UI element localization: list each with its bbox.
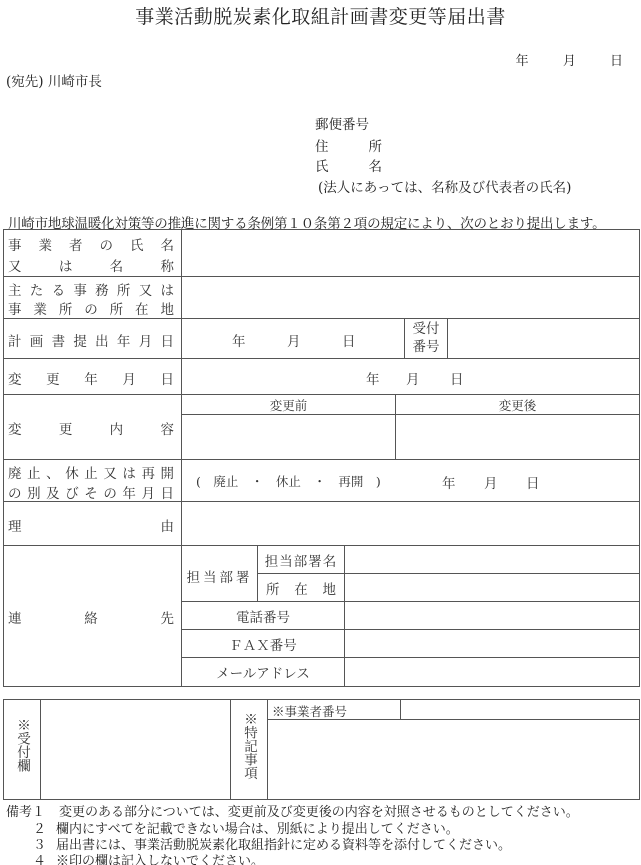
before-change-field[interactable] (183, 416, 394, 458)
dept-name-label: 担当部署名 (258, 550, 344, 570)
corporate-note: (法人にあっては、名称及び代表者の氏名) (318, 176, 571, 196)
address-label: 住所 (315, 135, 382, 155)
location-field[interactable] (346, 575, 638, 600)
change-date-month: 月 (406, 368, 420, 388)
email-field[interactable] (346, 659, 638, 685)
after-change-header: 変更後 (396, 396, 639, 414)
note-4: ４※印の欄は記入しないでください。 (33, 850, 264, 865)
change-date-label: 変更年月日 (8, 368, 174, 388)
address-label-part: 所 (369, 139, 383, 155)
business-number-label: ※事業者番号 (272, 702, 347, 720)
remarks-label: ※特記事項 (239, 712, 259, 780)
date-month: 月 (563, 50, 576, 69)
office-address-field[interactable] (183, 278, 638, 317)
business-name-label: 事業者の氏名 (8, 234, 174, 254)
plan-date-day: 日 (342, 330, 356, 350)
plan-date-month: 月 (287, 330, 301, 350)
plan-date-year: 年 (232, 330, 246, 350)
name-label-part: 名 (369, 159, 383, 175)
phone-label: 電話番号 (182, 606, 344, 626)
fax-label: ＦＡＸ番号 (182, 634, 344, 654)
location-label: 所在地 (266, 578, 336, 598)
date-year: 年 (516, 50, 529, 69)
receipt-number-field[interactable] (449, 320, 638, 357)
date-day: 日 (610, 50, 623, 69)
addressee: (宛先) 川崎市長 (6, 70, 102, 90)
name-label: 氏名 (315, 155, 382, 175)
abolition-day: 日 (526, 472, 540, 492)
name-label-part: 氏 (315, 159, 329, 175)
postal-code-label: 郵便番号 (315, 113, 369, 133)
reason-field[interactable] (183, 503, 638, 544)
phone-field[interactable] (346, 603, 638, 628)
business-name-label-2: 又は名称 (8, 255, 174, 275)
change-content-label: 変更内容 (8, 418, 174, 438)
document-title: 事業活動脱炭素化取組計画書変更等届出書 (0, 2, 641, 29)
email-label: メールアドレス (182, 662, 344, 682)
contact-label: 連絡先 (8, 607, 174, 627)
abolition-options[interactable]: ( 廃止 ・ 休止 ・ 再開 ) (196, 472, 381, 490)
business-name-field[interactable] (183, 231, 638, 275)
reason-label: 理由 (8, 515, 174, 535)
dept-label: 担当部署 (182, 566, 257, 586)
change-date-day: 日 (450, 368, 464, 388)
receipt-number-label: 受付番号 (405, 320, 447, 356)
address-label-part: 住 (315, 139, 329, 155)
office-address-label: 主たる事務所又は (8, 279, 174, 299)
abolition-year: 年 (442, 472, 456, 492)
abolition-label-2: の別及びその年月日 (8, 482, 174, 502)
abolition-label: 廃止、休止又は再開 (8, 462, 174, 482)
receipt-column-label: ※受付欄 (12, 718, 32, 772)
fax-field[interactable] (346, 631, 638, 656)
dept-name-field[interactable] (346, 547, 638, 572)
business-number-field (402, 701, 638, 718)
plan-date-label: 計画書提出年月日 (8, 330, 174, 350)
before-change-header: 変更前 (182, 396, 395, 414)
office-address-label-2: 事業所の所在地 (8, 298, 174, 318)
change-date-year: 年 (366, 368, 380, 388)
submission-date: 年 月 日 (516, 50, 623, 69)
after-change-field[interactable] (397, 416, 638, 458)
abolition-month: 月 (484, 472, 498, 492)
